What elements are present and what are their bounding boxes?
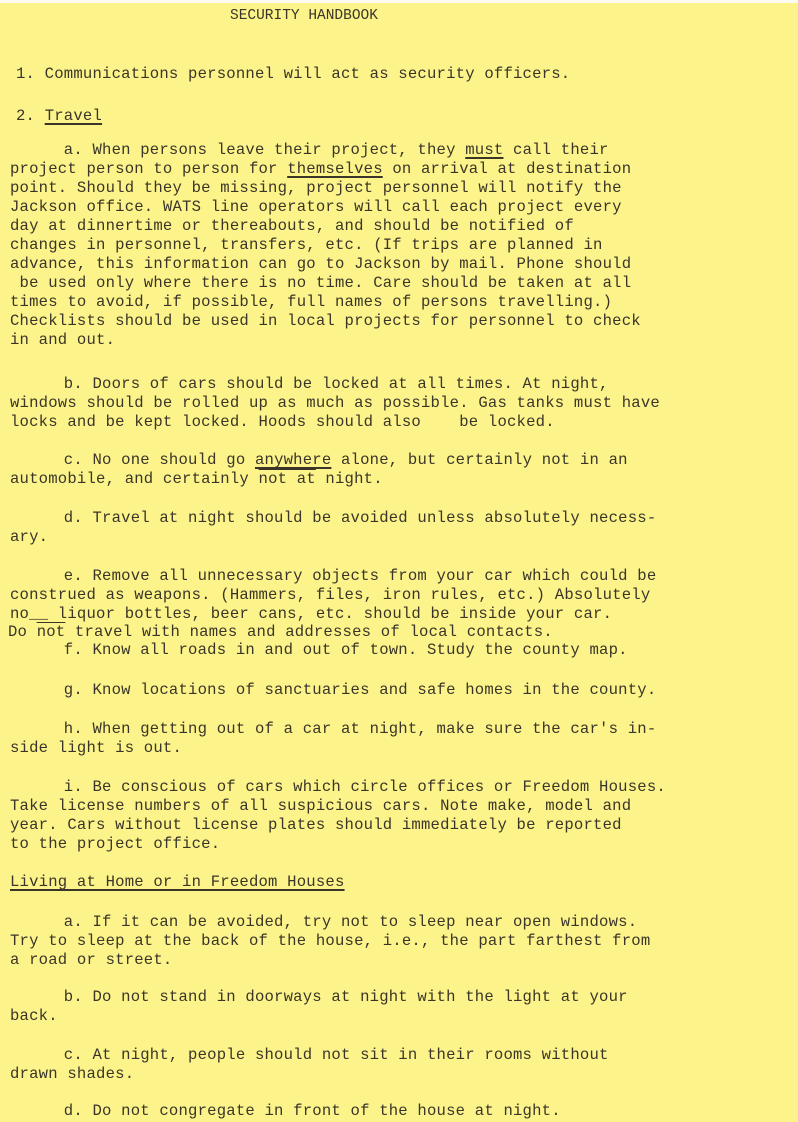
text-line: b. Do not stand in doorways at night wit… bbox=[16, 988, 628, 1007]
emphasis-no: no bbox=[10, 605, 29, 623]
text-line: be used only where there is no time. Car… bbox=[10, 274, 631, 293]
text-line: construed as weapons. (Hammers, files, i… bbox=[10, 586, 650, 605]
text-line: Jackson office. WATS line operators will… bbox=[10, 198, 622, 217]
text-span: automobile, and certainly bbox=[10, 470, 259, 488]
text-span: travel with names and addresses of local… bbox=[65, 623, 552, 641]
emphasis-themselves: themselves bbox=[287, 160, 383, 178]
text-span: a. When persons leave their project, the… bbox=[16, 141, 465, 159]
living-paragraph-d: d. Do not congregate in front of the hou… bbox=[16, 1102, 561, 1121]
item-1-text: 1. Communications personnel will act as … bbox=[16, 65, 570, 84]
text-line: year. Cars without license plates should… bbox=[10, 816, 622, 835]
text-line: times to avoid, if possible, full names … bbox=[10, 293, 612, 312]
text-span: c. No one should go bbox=[16, 451, 255, 469]
living-heading: Living at Home or in Freedom Houses bbox=[10, 873, 345, 891]
text-line: project person to person for themselves … bbox=[10, 160, 631, 179]
text-line: a. If it can be avoided, try not to slee… bbox=[16, 913, 637, 932]
emphasis-not-at: not at bbox=[259, 470, 316, 488]
text-span: __ liquor bottles, beer cans, etc. shoul… bbox=[29, 605, 612, 623]
text-span: call their bbox=[503, 141, 608, 159]
travel-paragraph-f: f. Know all roads in and out of town. St… bbox=[16, 641, 628, 660]
text-line: side light is out. bbox=[10, 739, 182, 758]
text-line: point. Should they be missing, project p… bbox=[10, 179, 622, 198]
text-line: Take license numbers of all suspicious c… bbox=[10, 797, 631, 816]
text-line: i. Be conscious of cars which circle off… bbox=[16, 778, 666, 797]
text-span: night. bbox=[316, 470, 383, 488]
emphasis-not: not bbox=[37, 623, 66, 641]
text-line: to the project office. bbox=[10, 835, 220, 854]
text-line: c. No one should go anywhere alone, but … bbox=[16, 451, 628, 470]
item-2-number: 2. bbox=[16, 107, 45, 125]
travel-heading: Travel bbox=[45, 107, 102, 125]
text-span: Do bbox=[8, 623, 37, 641]
emphasis-must: must bbox=[465, 141, 503, 159]
text-line: a road or street. bbox=[10, 951, 172, 970]
text-span: project person to person for bbox=[10, 160, 287, 178]
text-line: advance, this information can go to Jack… bbox=[10, 255, 631, 274]
document-title: SECURITY HANDBOOK bbox=[230, 7, 378, 26]
text-line: d. Travel at night should be avoided unl… bbox=[16, 509, 656, 528]
text-line: Try to sleep at the back of the house, i… bbox=[10, 932, 650, 951]
item-2-heading: 2. Travel bbox=[16, 107, 102, 126]
text-line: ary. bbox=[10, 528, 48, 547]
text-line: locks and be kept locked. Hoods should a… bbox=[10, 413, 555, 432]
text-line: in and out. bbox=[10, 331, 115, 350]
travel-paragraph-g: g. Know locations of sanctuaries and saf… bbox=[16, 681, 656, 700]
text-line: no__ liquor bottles, beer cans, etc. sho… bbox=[10, 605, 612, 624]
text-span: alone, but certainly not in an bbox=[331, 451, 627, 469]
text-line: day at dinnertime or thereabouts, and sh… bbox=[10, 217, 574, 236]
emphasis-anywhere: anywhere bbox=[255, 451, 331, 469]
section-heading-living: Living at Home or in Freedom Houses bbox=[10, 873, 345, 892]
text-line: h. When getting out of a car at night, m… bbox=[16, 720, 656, 739]
text-line: a. When persons leave their project, the… bbox=[16, 141, 609, 160]
text-line: b. Doors of cars should be locked at all… bbox=[16, 375, 609, 394]
text-span: on arrival at destination bbox=[383, 160, 632, 178]
text-line: automobile, and certainly not at night. bbox=[10, 470, 383, 489]
text-line: c. At night, people should not sit in th… bbox=[16, 1046, 609, 1065]
text-line: Do not travel with names and addresses o… bbox=[8, 623, 553, 642]
text-line: drawn shades. bbox=[10, 1065, 134, 1084]
handbook-page: SECURITY HANDBOOK 1. Communications pers… bbox=[0, 0, 798, 1122]
text-line: changes in personnel, transfers, etc. (I… bbox=[10, 236, 603, 255]
text-line: Checklists should be used in local proje… bbox=[10, 312, 641, 331]
text-line: windows should be rolled up as much as p… bbox=[10, 394, 660, 413]
text-line: e. Remove all unnecessary objects from y… bbox=[16, 567, 656, 586]
text-line: back. bbox=[10, 1007, 58, 1026]
